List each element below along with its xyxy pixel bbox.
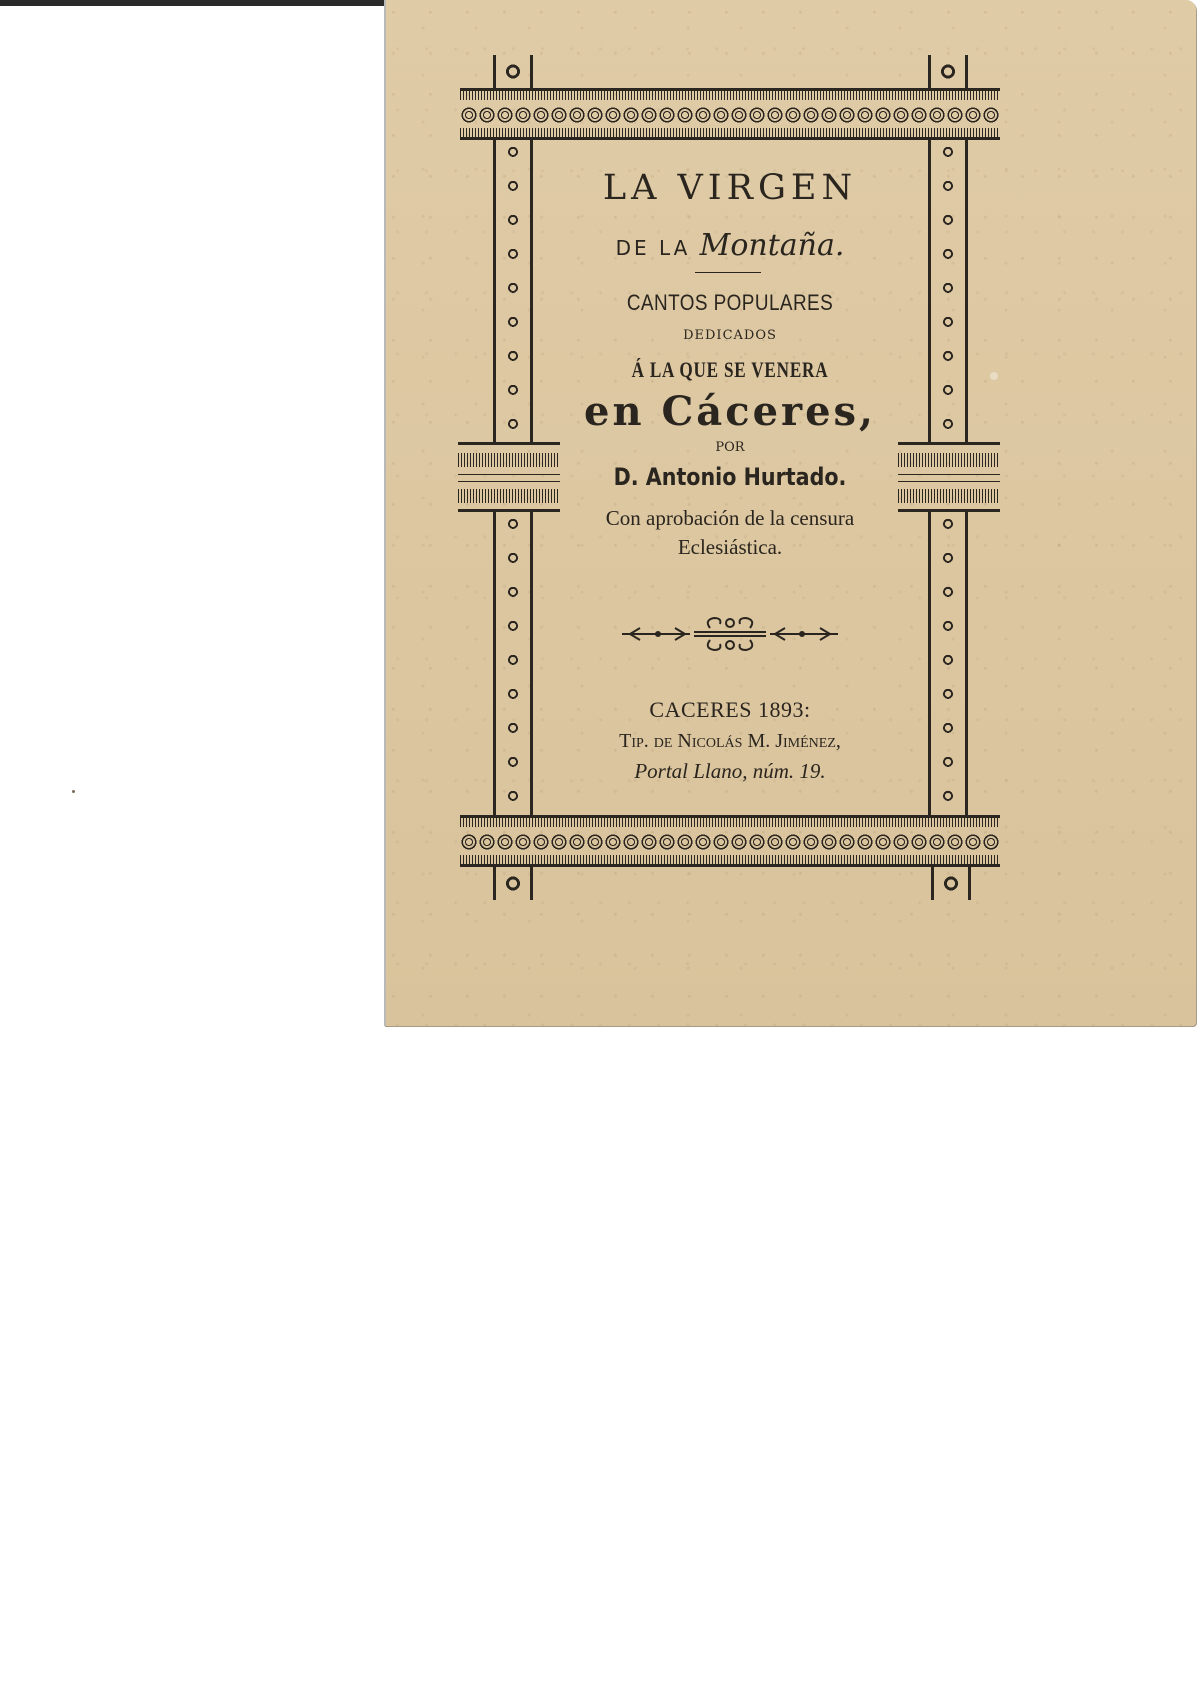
book-title: LA VIRGEN (540, 168, 920, 208)
bottom-left-trefoil-cap (493, 867, 533, 900)
top-left-trefoil-cap (493, 55, 533, 88)
place-line: en Cáceres, (540, 388, 920, 435)
approval-line-2: Eclesiástica. (540, 535, 920, 560)
dedicated-label: DEDICADOS (540, 328, 920, 343)
top-right-trefoil-cap (928, 55, 968, 88)
dust-speck (72, 790, 75, 793)
scan-edge-strip (0, 0, 386, 6)
heading-cantos: CANTOS POPULARES (567, 290, 894, 316)
title-divider-rule (695, 272, 761, 273)
book-subtitle: DE LA Montaña. (540, 228, 920, 263)
subtitle-main: Montaña. (700, 228, 845, 263)
dedication-line: Á LA QUE SE VENERA (582, 357, 878, 383)
imprint-printer: Tip. de Nicolás M. Jiménez, (540, 730, 920, 753)
ring-pattern (460, 106, 1000, 124)
imprint-city-year: CACERES 1893: (540, 697, 920, 723)
dust-speck (990, 372, 998, 380)
author-name: D. Antonio Hurtado. (567, 463, 894, 491)
ring-pattern (460, 833, 1000, 851)
by-label: POR (540, 440, 920, 455)
bottom-border-bar (460, 815, 1000, 867)
center-flourish-icon (620, 614, 840, 654)
top-border-bar (460, 88, 1000, 140)
approval-line-1: Con aprobación de la censura (540, 506, 920, 531)
imprint-address: Portal Llano, núm. 19. (540, 759, 920, 784)
right-column-upper (928, 140, 968, 442)
right-column-lower (928, 512, 968, 815)
subtitle-prefix: DE LA (616, 236, 700, 260)
left-column-lower (493, 512, 533, 815)
left-column-upper (493, 140, 533, 442)
bottom-right-trefoil-cap (931, 867, 971, 900)
